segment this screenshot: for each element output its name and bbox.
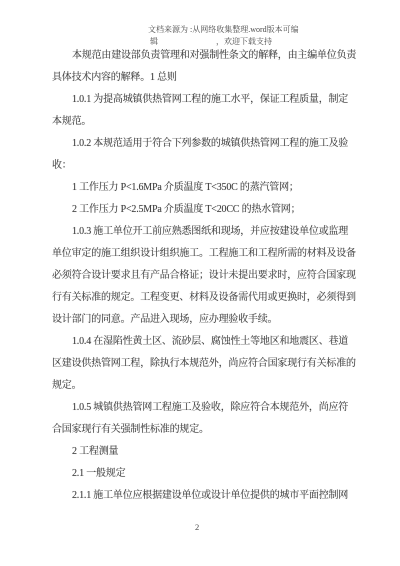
document-body: 本规范由建设部负责管理和对强制性条文的解释，由主编单位负责具体技术内容的解释。1… — [52, 45, 364, 507]
text-line: 1.0.5 城镇供热管网工程施工及验收，除应符合本规范外，尚应符 — [52, 397, 364, 419]
watermark-line-1: 文档来源为 :从网络收集整理.word版本可编 — [148, 24, 299, 35]
text-line: 单位审定的施工组织设计组织施工。工程施工和工程所需的材料及设备 — [52, 243, 364, 265]
text-line: 必须符合设计要求且有产品合格证；设计未提出要求时，应符合国家现 — [52, 265, 364, 287]
text-line: 行有关标准的规定。工程变更、材料及设备需代用或更换时，必须得到 — [52, 287, 364, 309]
text-line: 收： — [52, 155, 364, 177]
text-line: 设计部门的同意。产品进入现场，应办理验收手续。 — [52, 309, 364, 331]
text-line: 2.1 一般规定 — [52, 463, 364, 485]
text-line: 规定。 — [52, 375, 364, 397]
text-line: 1.0.2 本规范适用于符合下列参数的城镇供热管网工程的施工及验 — [52, 133, 364, 155]
text-line: 1.0.3 施工单位开工前应熟悉图纸和现场，并应按建设单位或监理 — [52, 221, 364, 243]
text-line: 1.0.4 在湿陷性黄土区、流砂层、腐蚀性土等地区和地震区、巷道 — [52, 331, 364, 353]
text-line: 本规范。 — [52, 111, 364, 133]
text-line: 1.0.1 为提高城镇供热管网工程的施工水平，保证工程质量，制定 — [52, 89, 364, 111]
text-line: 合国家现行有关强制性标准的规定。 — [52, 419, 364, 441]
text-line: 2 工作压力 P<2.5MPa 介质温度 T<20CC 的热水管网； — [52, 199, 364, 221]
page-number: 2 — [195, 522, 199, 532]
text-line: 本规范由建设部负责管理和对强制性条文的解释，由主编单位负责 — [52, 45, 364, 67]
text-line: 区建设供热管网工程，除执行本规范外，尚应符合国家现行有关标准的 — [52, 353, 364, 375]
text-line: 2 工程测量 — [52, 441, 364, 463]
text-line: 具体技术内容的解释。1 总则 — [52, 67, 364, 89]
document-page: 文档来源为 :从网络收集整理.word版本可编 辑，欢迎下载支持 本规范由建设部… — [0, 0, 400, 566]
text-line: 2.1.1 施工单位应根据建设单位或设计单位提供的城市平面控制网 — [52, 485, 364, 507]
text-line: 1 工作压力 P<1.6MPa 介质温度 T<350C 的蒸汽管网； — [52, 177, 364, 199]
